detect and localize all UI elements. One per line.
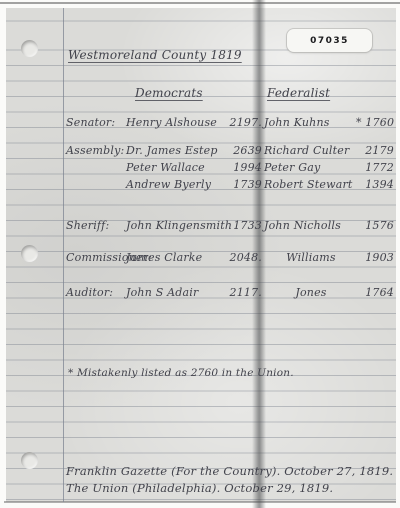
federalist-name: Peter Gay <box>264 161 358 174</box>
federalist-name: John Nicholls <box>264 219 358 232</box>
democrat-name: John Klingensmith <box>126 219 232 232</box>
democrat-votes: 2117. <box>218 286 262 299</box>
office-label: Sheriff: <box>66 219 109 232</box>
federalist-votes: 1772 <box>356 161 394 174</box>
office-label: Assembly: <box>66 144 124 157</box>
page-title: Westmoreland County 1819 <box>68 48 242 62</box>
federalist-votes: 1576 <box>356 219 394 232</box>
federalist-name: Jones <box>264 286 358 299</box>
federalist-name: Richard Culter <box>264 144 358 157</box>
column-header-federalist: Federalist <box>267 86 330 100</box>
democrat-name: Peter Wallace <box>126 161 205 174</box>
catalog-number-sticker: 07035 <box>287 29 372 52</box>
result-row-assembly-2: Peter Wallace 1994 Peter Gay 1772 <box>64 161 395 177</box>
federalist-name: Williams <box>264 251 358 264</box>
federalist-name: John Kuhns <box>264 116 358 129</box>
federalist-votes: 1764 <box>356 286 394 299</box>
punch-hole-top <box>21 40 38 57</box>
result-row-assembly-1: Assembly: Dr. James Estep 2639 Richard C… <box>64 144 395 160</box>
democrat-name: John S Adair <box>126 286 198 299</box>
scan-top-edge <box>0 2 400 4</box>
result-row-sheriff: Sheriff: John Klingensmith 1733 John Nic… <box>64 219 395 235</box>
source-citation-1: Franklin Gazette (For the Country). Octo… <box>66 464 393 478</box>
column-header-democrats: Democrats <box>135 86 203 100</box>
democrat-votes: 1739 <box>218 178 262 191</box>
catalog-number: 07035 <box>310 36 349 46</box>
federalist-votes: 1903 <box>356 251 394 264</box>
democrat-votes: 2048. <box>218 251 262 264</box>
result-row-senator: Senator: Henry Alshouse 2197. John Kuhns… <box>64 116 395 132</box>
office-label: Auditor: <box>66 286 113 299</box>
federalist-name: Robert Stewart <box>264 178 358 191</box>
democrat-votes: 2639 <box>218 144 262 157</box>
democrat-votes: 2197. <box>218 116 262 129</box>
democrat-name: Andrew Byerly <box>126 178 211 191</box>
source-citation-2: The Union (Philadelphia). October 29, 18… <box>66 481 333 495</box>
scanned-document: { "scan": { "catalog_label": "07035", "t… <box>0 0 400 508</box>
federalist-votes: 1394 <box>356 178 394 191</box>
punch-hole-bottom <box>21 452 38 469</box>
federalist-votes: * 1760 <box>356 116 394 129</box>
federalist-votes: 2179 <box>356 144 394 157</box>
footnote: * Mistakenly listed as 2760 in the Union… <box>68 367 294 379</box>
result-row-assembly-3: Andrew Byerly 1739 Robert Stewart 1394 <box>64 178 395 194</box>
punch-hole-middle <box>21 245 38 262</box>
office-label: Senator: <box>66 116 115 129</box>
result-row-auditor: Auditor: John S Adair 2117. Jones 1764 <box>64 286 395 302</box>
democrat-name: Henry Alshouse <box>126 116 217 129</box>
result-row-commissioner: Commissioner: James Clarke 2048. William… <box>64 251 395 267</box>
democrat-name: James Clarke <box>126 251 202 264</box>
democrat-votes: 1994 <box>218 161 262 174</box>
democrat-votes: 1733 <box>218 219 262 232</box>
democrat-name: Dr. James Estep <box>126 144 218 157</box>
